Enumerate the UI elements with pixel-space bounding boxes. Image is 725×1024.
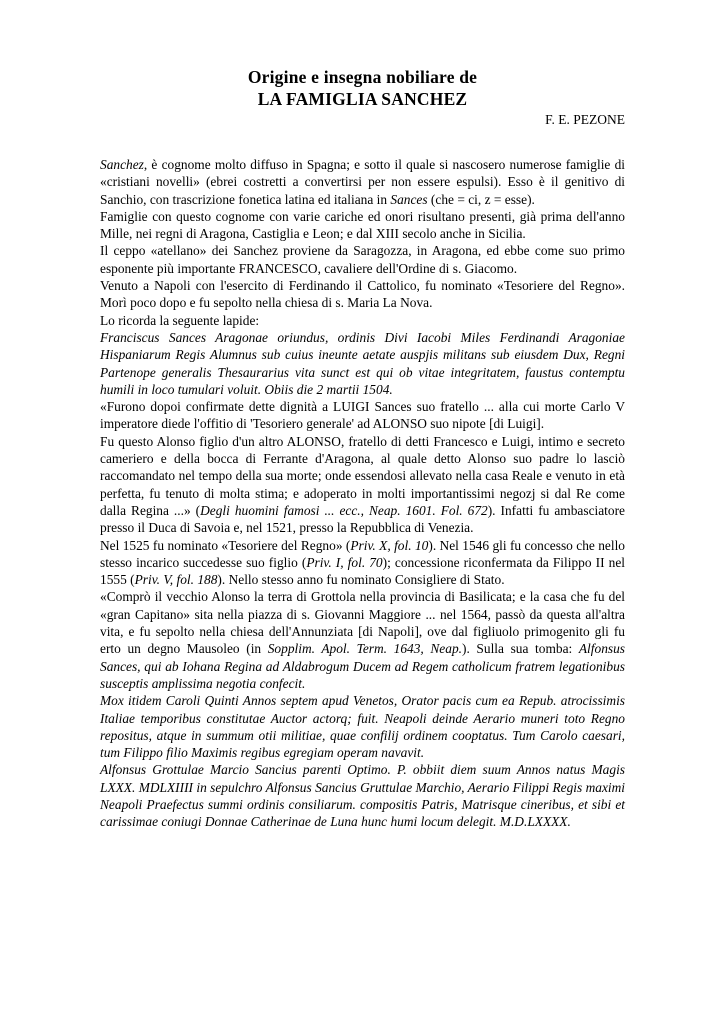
text-run: Il ceppo «atellano» dei Sanchez proviene… [100, 243, 625, 275]
document-title-line1: Origine e insegna nobiliare de [100, 66, 625, 88]
italic-text-run: Degli huomini famosi ... ecc., Neap. 160… [200, 503, 488, 518]
italic-text-run: Alfonsus Grottulae Marcio Sancius parent… [100, 762, 625, 829]
document-header: Origine e insegna nobiliare de LA FAMIGL… [100, 66, 625, 128]
text-run: Venuto a Napoli con l'esercito di Ferdin… [100, 278, 625, 310]
paragraph: Mox itidem Caroli Quinti Annos septem ap… [100, 692, 625, 761]
italic-text-run: Sanchez [100, 157, 144, 172]
text-run: ). Nello stesso anno fu nominato Consigl… [217, 572, 504, 587]
document-page: Origine e insegna nobiliare de LA FAMIGL… [0, 0, 725, 1024]
paragraph: «Comprò il vecchio Alonso la terra di Gr… [100, 588, 625, 692]
paragraph: Lo ricorda la seguente lapide: [100, 312, 625, 329]
document-title-line2: LA FAMIGLIA SANCHEZ [100, 88, 625, 110]
italic-text-run: Priv. V, fol. 188 [135, 572, 218, 587]
text-run: Nel 1525 fu nominato «Tesoriere del Regn… [100, 538, 350, 553]
author-name: F. E. PEZONE [100, 111, 625, 128]
italic-text-run: Priv. I, fol. 70 [306, 555, 382, 570]
paragraph: Fu questo Alonso figlio d'un altro ALONS… [100, 433, 625, 537]
text-run: , è cognome molto diffuso in Spagna; e s… [100, 157, 625, 207]
italic-text-run: Mox itidem Caroli Quinti Annos septem ap… [100, 693, 625, 760]
paragraph: Nel 1525 fu nominato «Tesoriere del Regn… [100, 537, 625, 589]
paragraph: Famiglie con questo cognome con varie ca… [100, 208, 625, 243]
text-run: Lo ricorda la seguente lapide: [100, 313, 259, 328]
paragraph: Il ceppo «atellano» dei Sanchez proviene… [100, 242, 625, 277]
paragraph: Venuto a Napoli con l'esercito di Ferdin… [100, 277, 625, 312]
paragraph: Franciscus Sances Aragonae oriundus, ord… [100, 329, 625, 398]
italic-text-run: Priv. X, fol. 10 [350, 538, 428, 553]
paragraph: Alfonsus Grottulae Marcio Sancius parent… [100, 761, 625, 830]
text-run: Famiglie con questo cognome con varie ca… [100, 209, 625, 241]
document-body: Sanchez, è cognome molto diffuso in Spag… [100, 156, 625, 831]
italic-text-run: Sances [390, 192, 427, 207]
text-run: (che = ci, z = esse). [428, 192, 535, 207]
paragraph: «Furono dopoi confirmate dette dignità a… [100, 398, 625, 433]
italic-text-run: Franciscus Sances Aragonae oriundus, ord… [100, 330, 625, 397]
paragraph: Sanchez, è cognome molto diffuso in Spag… [100, 156, 625, 208]
text-run: «Furono dopoi confirmate dette dignità a… [100, 399, 625, 431]
text-run: ). Sulla sua tomba: [462, 641, 579, 656]
italic-text-run: Sopplim. Apol. Term. 1643, Neap. [268, 641, 462, 656]
